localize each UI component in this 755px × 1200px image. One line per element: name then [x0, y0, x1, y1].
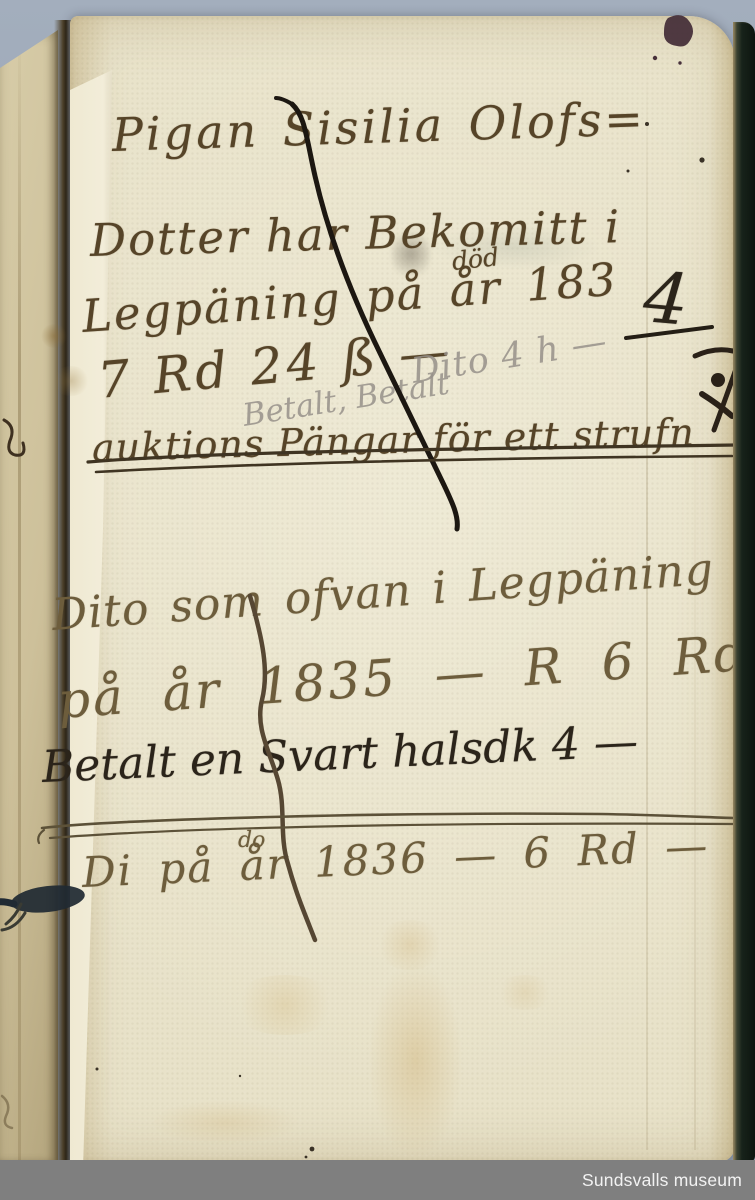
page-edge-crease — [18, 22, 21, 1162]
book-cover-edge — [733, 22, 755, 1162]
photo-of-notebook: Pigan Sisilia Olofs= Dotter har Bekomitt… — [0, 0, 755, 1200]
caption-text: Sundsvalls museum — [582, 1170, 742, 1191]
notebook-page — [70, 16, 735, 1162]
paper-texture — [70, 16, 735, 1162]
previous-pages-edge — [0, 22, 58, 1162]
caption-bar: Sundsvalls museum — [0, 1160, 755, 1200]
